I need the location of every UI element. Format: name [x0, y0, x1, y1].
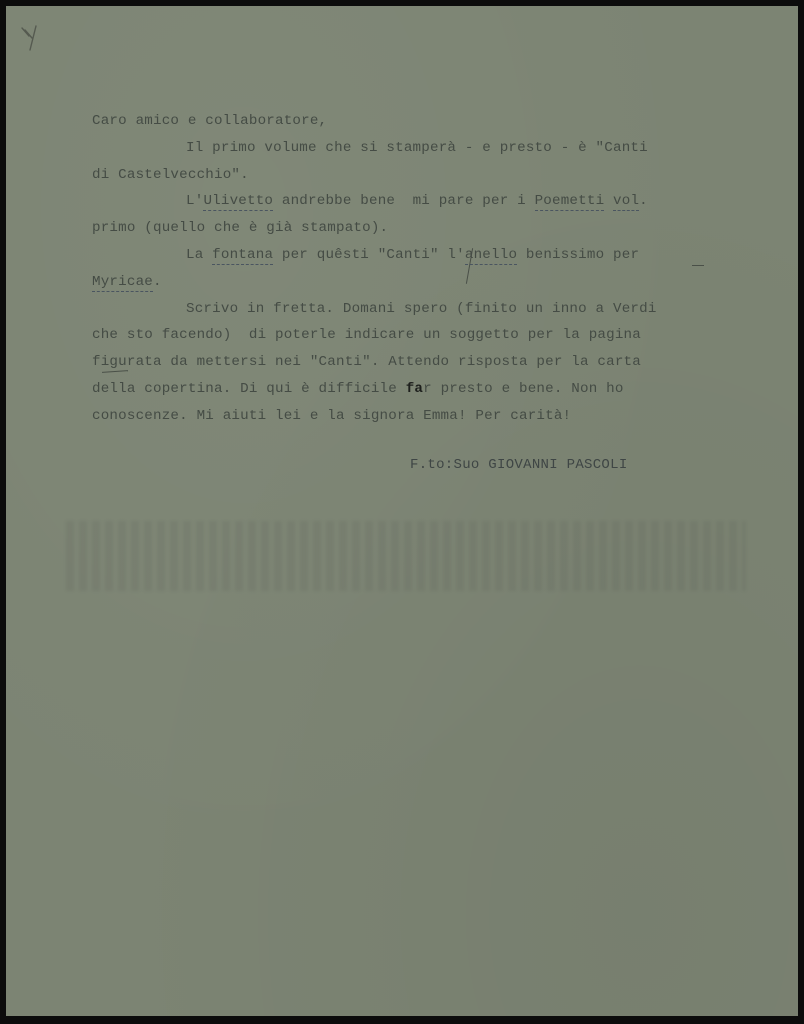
letter-line: Il primo volume che si stamperà - e pres…: [92, 135, 712, 162]
letter-line: Myricae.: [92, 269, 712, 296]
text-segment: della copertina. Di qui è difficile: [92, 381, 406, 397]
text-segment: .: [153, 274, 162, 290]
letter-line: Scrivo in fretta. Domani spero (finito u…: [92, 296, 712, 323]
salutation: Caro amico e collaboratore,: [92, 108, 712, 135]
underlined-title: fontana: [212, 247, 273, 265]
underlined-title: Poemetti: [535, 193, 605, 211]
letter-line: La fontana per quêsti "Canti" l'anello b…: [92, 242, 712, 269]
text-segment: L': [186, 193, 203, 209]
text-segment: r presto e bene. Non ho: [423, 381, 623, 397]
underlined-title: Myricae: [92, 274, 153, 292]
letter-line: primo (quello che è già stampato).: [92, 215, 712, 242]
letter-line: che sto facendo) di poterle indicare un …: [92, 322, 712, 349]
underlined-title: Ulivetto: [203, 193, 273, 211]
text-segment: Il primo volume che si stamperà - e pres…: [186, 140, 648, 156]
letter-paragraphs: Il primo volume che si stamperà - e pres…: [92, 135, 712, 430]
letter-line: figurata da mettersi nei "Canti". Attend…: [92, 349, 712, 376]
show-through-ghost-text: [66, 521, 746, 591]
text-segment: che sto facendo) di poterle indicare un …: [92, 327, 641, 343]
text-segment: di Castelvecchio".: [92, 167, 249, 183]
handwritten-correction: fa: [406, 381, 423, 397]
letter-line: della copertina. Di qui è difficile far …: [92, 376, 712, 403]
text-segment: .: [639, 193, 648, 209]
letter-body: Caro amico e collaboratore, Il primo vol…: [92, 108, 712, 430]
text-segment: figurata da mettersi nei "Canti". Attend…: [92, 354, 641, 370]
signature: F.to:Suo GIOVANNI PASCOLI: [410, 457, 628, 473]
text-segment: per quêsti "Canti" l': [273, 247, 465, 263]
text-segment: andrebbe bene mi pare per i: [273, 193, 534, 209]
letter-line: di Castelvecchio".: [92, 162, 712, 189]
text-segment: [604, 193, 613, 209]
letter-line: conoscenze. Mi aiuti lei e la signora Em…: [92, 403, 712, 430]
underlined-title: anello: [465, 247, 517, 265]
text-segment: benissimo per: [517, 247, 639, 263]
text-segment: primo (quello che è già stampato).: [92, 220, 388, 236]
pencil-check-mark-icon: [20, 24, 46, 54]
text-segment: La: [186, 247, 212, 263]
text-segment: conoscenze. Mi aiuti lei e la signora Em…: [92, 408, 571, 424]
text-segment: Scrivo in fretta. Domani spero (finito u…: [186, 301, 657, 317]
letter-line: L'Ulivetto andrebbe bene mi pare per i P…: [92, 188, 712, 215]
underlined-title: vol: [613, 193, 639, 211]
